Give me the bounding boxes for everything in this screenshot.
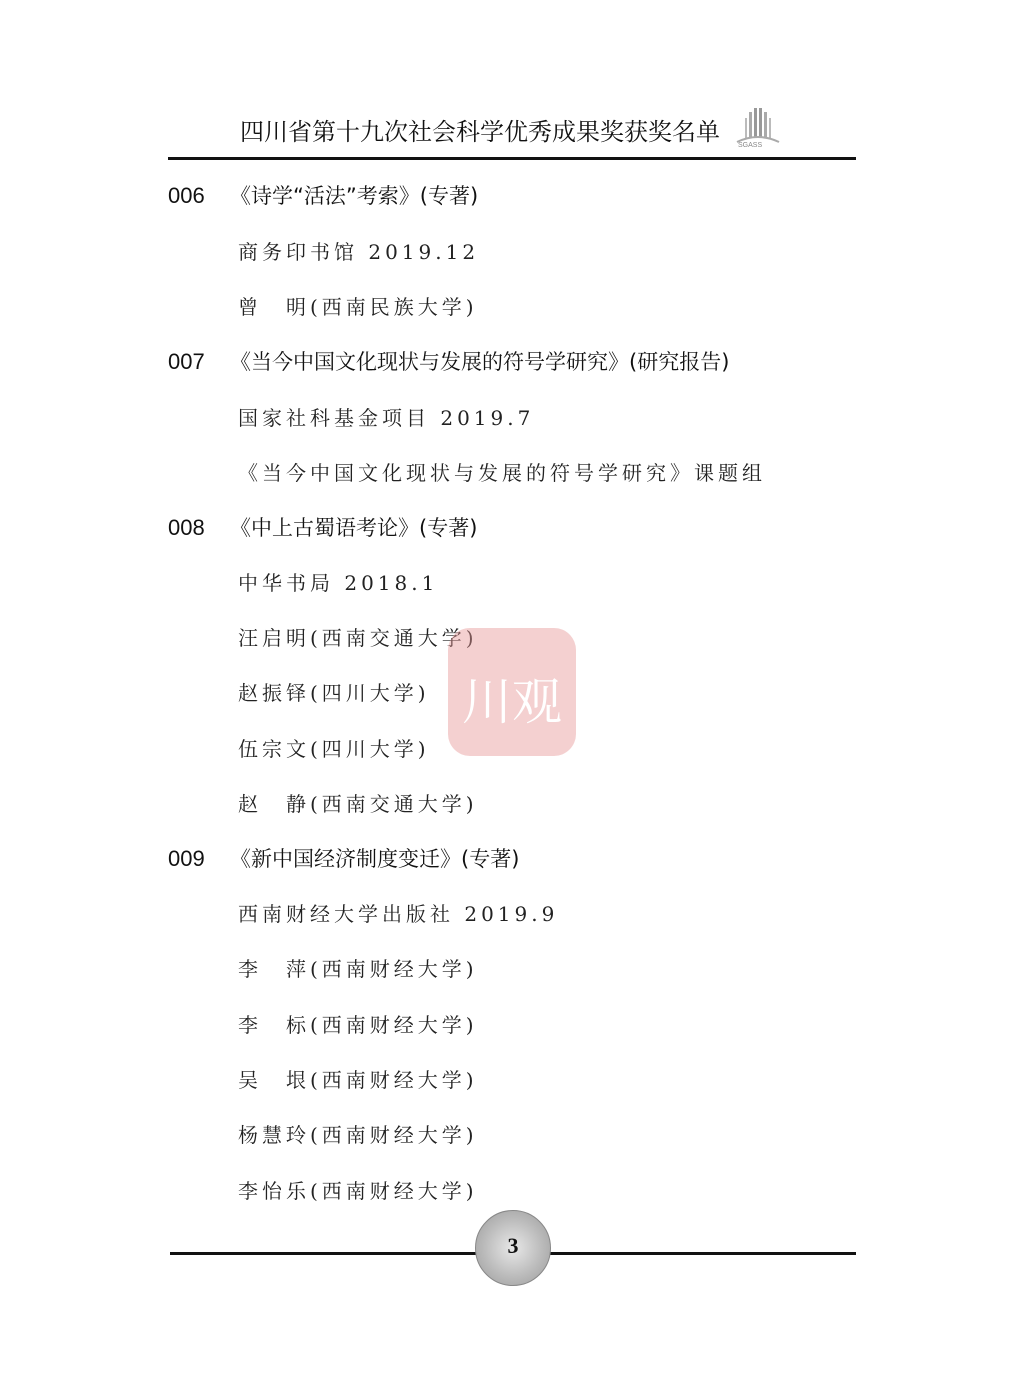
logo-caption: SGASS [738,142,762,149]
author-line: 伍宗文(四川大学) [238,733,430,762]
author-line: 杨慧玲(西南财经大学) [238,1119,478,1148]
footer-divider-right [548,1252,856,1255]
author-line: 赵 静(西南交通大学) [238,788,478,817]
entry-heading: 006《诗学“活法”考索》(专著) [168,180,478,210]
chuanguan-watermark: 川观 [448,628,576,756]
page-number: 3 [476,1233,550,1259]
page-ornament-icon: 3 [475,1210,551,1286]
publisher-line: 中华书局 2018.1 [238,567,438,596]
header-divider [168,157,856,160]
entry-number: 008 [168,515,230,541]
publisher-line: 商务印书馆 2019.12 [238,236,479,265]
author-line: 李 萍(西南财经大学) [238,953,478,982]
entry-heading: 009《新中国经济制度变迁》(专著) [168,843,519,873]
entry-heading: 007《当今中国文化现状与发展的符号学研究》(研究报告) [168,346,729,376]
author-line: 李怡乐(西南财经大学) [238,1175,478,1204]
entry-number: 007 [168,349,230,375]
publisher-line: 西南财经大学出版社 2019.9 [238,898,558,927]
document-title: 四川省第十九次社会科学优秀成果奖获奖名单 [240,112,720,147]
author-line: 曾 明(西南民族大学) [238,291,478,320]
entry-title: 《中上古蜀语考论》(专著) [230,516,477,540]
entry-title: 《诗学“活法”考索》(专著) [230,184,478,208]
author-line: 汪启明(西南交通大学) [238,622,478,651]
author-line: 李 标(西南财经大学) [238,1009,478,1038]
watermark-text: 川观 [448,662,576,734]
author-line: 《当今中国文化现状与发展的符号学研究》课题组 [238,457,766,486]
author-line: 赵振铎(四川大学) [238,677,430,706]
author-line: 吴 垠(西南财经大学) [238,1064,478,1093]
publisher-line: 国家社科基金项目 2019.7 [238,402,534,431]
entry-heading: 008《中上古蜀语考论》(专著) [168,512,477,542]
entry-number: 006 [168,183,230,209]
entry-number: 009 [168,846,230,872]
entry-title: 《当今中国文化现状与发展的符号学研究》(研究报告) [230,350,729,374]
entry-title: 《新中国经济制度变迁》(专著) [230,847,519,871]
footer-divider-left [170,1252,476,1255]
